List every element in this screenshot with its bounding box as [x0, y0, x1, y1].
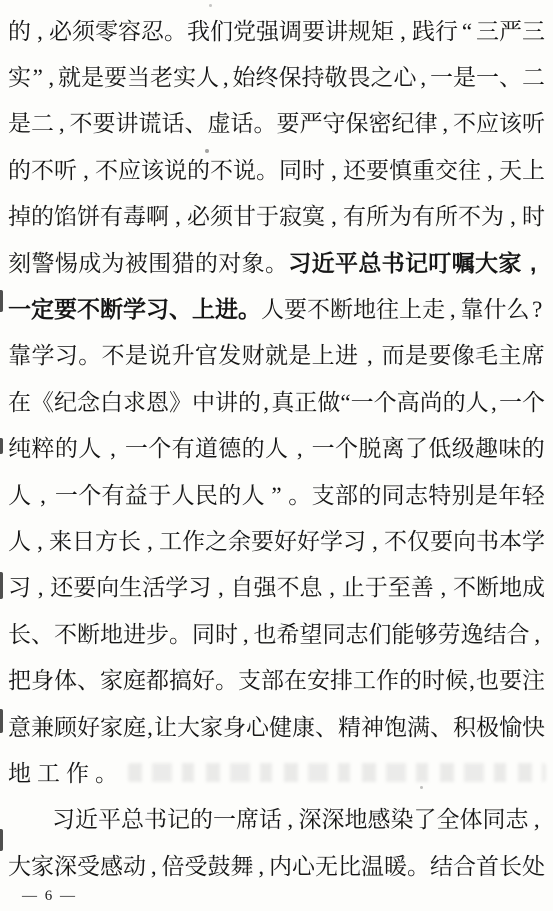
glyph: 家	[31, 855, 54, 878]
glyph: ,	[54, 112, 70, 135]
glyph: 民	[195, 484, 218, 507]
glyph: “	[340, 391, 350, 414]
text-line: 的不听,不应该说的不说。同时,还要慎重交往,天上	[8, 147, 545, 193]
glyph: 警	[31, 252, 54, 275]
glyph: 。	[407, 855, 430, 878]
glyph: 成	[522, 576, 545, 599]
glyph: 不	[101, 344, 124, 367]
glyph: 、	[499, 66, 522, 89]
glyph: 一	[430, 66, 453, 89]
glyph: ”	[31, 66, 45, 89]
glyph: 还	[343, 159, 366, 182]
glyph: 仅	[407, 530, 430, 553]
glyph: 余	[228, 530, 251, 553]
glyph: 个	[522, 391, 545, 414]
glyph: 不	[453, 576, 476, 599]
glyph: 断	[77, 623, 100, 646]
glyph: 合	[453, 855, 476, 878]
glyph: 密	[369, 112, 392, 135]
bold-glyph: 记	[405, 252, 428, 275]
glyph: 兼	[31, 716, 54, 739]
glyph: 注	[522, 669, 545, 692]
glyph: 寞	[302, 205, 325, 228]
glyph: 猎	[171, 252, 194, 275]
glyph: 不	[31, 159, 54, 182]
glyph: ,	[77, 159, 95, 182]
glyph: ,	[530, 623, 546, 646]
glyph: 了	[405, 437, 428, 460]
glyph: 人	[261, 298, 284, 321]
text-line: 实”,就是要当老实人,始终保持敬畏之心,一是一、二	[8, 54, 545, 100]
glyph: 的	[187, 159, 210, 182]
glyph: 应	[476, 112, 499, 135]
glyph: ,	[146, 716, 154, 739]
glyph: 地	[499, 576, 522, 599]
glyph: 实	[8, 66, 31, 89]
glyph: 总	[121, 808, 144, 831]
glyph: 进	[335, 344, 358, 367]
glyph: 心	[292, 855, 315, 878]
glyph: 强	[254, 576, 277, 599]
glyph: 作	[376, 669, 399, 692]
glyph: 。	[215, 669, 238, 692]
bold-glyph: 近	[311, 252, 334, 275]
glyph: 希	[277, 623, 300, 646]
glyph: 作	[182, 530, 205, 553]
glyph: 财	[241, 344, 264, 367]
bold-glyph: 习	[288, 252, 311, 275]
bold-glyph: 进	[215, 298, 238, 321]
glyph: 特	[428, 484, 451, 507]
scan-bleed-through-ghost	[128, 763, 546, 782]
text-line: 人,来日方长,工作之余要好好学习,不仅要向书本学	[8, 518, 545, 564]
bold-glyph: 要	[54, 298, 77, 321]
glyph: 重	[412, 159, 435, 182]
glyph: 在	[284, 669, 307, 692]
glyph: 个	[374, 391, 397, 414]
glyph: 要	[366, 159, 389, 182]
glyph: ,	[219, 66, 233, 89]
glyph: 同	[192, 623, 215, 646]
bold-glyph: 上	[192, 298, 215, 321]
glyph: 我	[187, 20, 210, 43]
glyph: 逸	[461, 623, 484, 646]
glyph: 讲	[116, 112, 139, 135]
glyph: 学	[165, 576, 188, 599]
glyph: 被	[125, 252, 148, 275]
glyph: 念	[77, 391, 100, 414]
glyph: ”	[265, 484, 288, 507]
glyph: 走	[422, 298, 445, 321]
glyph: 工	[159, 530, 182, 553]
glyph: 同	[382, 484, 405, 507]
glyph: 够	[415, 623, 438, 646]
glyph: 让	[154, 716, 177, 739]
glyph: 别	[452, 484, 475, 507]
glyph: 说	[148, 344, 171, 367]
glyph: ,	[261, 391, 271, 414]
glyph: 象	[241, 252, 264, 275]
glyph: 比	[338, 855, 361, 878]
glyph: ,	[481, 159, 499, 182]
glyph: 地	[345, 808, 368, 831]
glyph: 尚	[420, 391, 443, 414]
page-number: — 6 —	[22, 888, 77, 905]
glyph: 安	[307, 669, 330, 692]
glyph: 了	[414, 808, 437, 831]
text-line: 意兼顾好家庭,让大家身心健康、精神饱满、积极愉快	[8, 704, 545, 750]
glyph: 是	[8, 112, 31, 135]
scanned-page: 的,必须零容忍。我们党强调要讲规矩,践行“三严三实”,就是要当老实人,始终保持敬…	[0, 0, 553, 911]
glyph: 上	[399, 298, 422, 321]
glyph: 同	[323, 623, 346, 646]
glyph: ,	[141, 530, 159, 553]
glyph: 止	[342, 576, 365, 599]
text-line: 靠学习。不是说升官发财就是上进,而是要像毛主席	[8, 333, 545, 379]
glyph: 的	[55, 437, 78, 460]
glyph: 党	[233, 20, 256, 43]
glyph: 好	[297, 530, 320, 553]
glyph: 方	[95, 530, 118, 553]
glyph: 毛	[475, 344, 498, 367]
glyph: 一	[351, 391, 374, 414]
bold-glyph: 书	[382, 252, 405, 275]
glyph: 三	[476, 20, 499, 43]
glyph: 暖	[384, 855, 407, 878]
glyph: 个	[78, 484, 101, 507]
glyph: 老	[150, 66, 173, 89]
glyph: 支	[311, 484, 334, 507]
glyph: 二	[522, 66, 545, 89]
glyph: 严	[300, 112, 323, 135]
glyph: 发	[218, 344, 241, 367]
glyph: 、	[185, 112, 208, 135]
glyph: 一	[311, 437, 334, 460]
glyph: 染	[391, 808, 414, 831]
glyph: 内	[269, 855, 292, 878]
glyph: 学	[522, 530, 545, 553]
glyph: ,	[366, 530, 384, 553]
glyph: 人	[265, 437, 288, 460]
glyph: 首	[476, 855, 499, 878]
glyph: 讲	[215, 391, 238, 414]
text-line: 习,还要向生活学习,自强不息,止于至善,不断地成	[8, 565, 545, 611]
glyph: 工	[353, 669, 376, 692]
glyph: ,	[325, 205, 343, 228]
glyph: 的	[443, 391, 466, 414]
glyph: ,	[282, 808, 299, 831]
glyph: 就	[58, 66, 81, 89]
glyph: 寂	[279, 205, 302, 228]
glyph: 心	[394, 66, 417, 89]
glyph: 向	[96, 576, 119, 599]
glyph: 、	[430, 716, 453, 739]
glyph: 慎	[389, 159, 412, 182]
glyph: 像	[452, 344, 475, 367]
glyph: 往	[376, 298, 399, 321]
glyph: ,	[146, 855, 162, 878]
glyph: 真	[271, 391, 294, 414]
glyph: 。	[169, 623, 192, 646]
glyph: 本	[499, 530, 522, 553]
glyph: 于	[148, 484, 171, 507]
bold-glyph: 家	[498, 252, 521, 275]
glyph: 一	[499, 391, 522, 414]
glyph: 大	[177, 716, 200, 739]
glyph: 为	[481, 205, 504, 228]
glyph: 该	[499, 112, 522, 135]
text-line: 大家深受感动,倍受鼓舞,内心无比温暖。结合首长处	[8, 843, 545, 889]
glyph: 感	[368, 808, 391, 831]
bold-glyph: 。	[238, 298, 261, 321]
glyph: 望	[300, 623, 323, 646]
glyph: 学	[320, 530, 343, 553]
glyph: 个	[335, 437, 358, 460]
glyph: 要	[73, 576, 96, 599]
glyph: 庭	[123, 669, 146, 692]
glyph: 习	[8, 576, 31, 599]
text-line: 的,必须零容忍。我们党强调要讲规矩,践行“三严三	[8, 8, 545, 54]
glyph: 健	[269, 716, 292, 739]
glyph: 排	[330, 669, 353, 692]
glyph: “	[458, 20, 476, 43]
glyph: 必	[49, 20, 72, 43]
glyph: 、	[315, 716, 338, 739]
glyph: 要	[499, 669, 522, 692]
glyph: 要	[428, 344, 451, 367]
glyph: 把	[8, 669, 31, 692]
glyph: 有	[171, 437, 194, 460]
glyph: 围	[148, 252, 171, 275]
glyph: 一	[125, 437, 148, 460]
glyph: 。	[78, 344, 101, 367]
glyph: 话	[259, 808, 282, 831]
glyph: 深	[322, 808, 345, 831]
glyph: 向	[453, 530, 476, 553]
glyph: 高	[397, 391, 420, 414]
glyph: 席	[522, 344, 545, 367]
glyph: 体	[460, 808, 483, 831]
glyph: 。	[265, 252, 288, 275]
glyph: 益	[125, 484, 148, 507]
glyph: 时	[302, 159, 325, 182]
glyph: 的	[358, 484, 381, 507]
glyph: 说	[233, 159, 256, 182]
glyph: 守	[323, 112, 346, 135]
glyph: 必	[187, 205, 210, 228]
glyph: 啊	[146, 205, 169, 228]
glyph: 习	[52, 808, 75, 831]
glyph: 地	[100, 623, 123, 646]
glyph: 活	[142, 576, 165, 599]
glyph: 来	[49, 530, 72, 553]
glyph: ,	[529, 808, 546, 831]
glyph: 要	[277, 112, 300, 135]
glyph: 容	[118, 20, 141, 43]
glyph: 书	[476, 530, 499, 553]
glyph: ,	[417, 66, 431, 89]
glyph: 息	[300, 576, 323, 599]
scan-speck	[205, 149, 209, 153]
glyph: 志	[405, 484, 428, 507]
bold-glyph: 、	[169, 298, 192, 321]
glyph: 结	[484, 623, 507, 646]
glyph: 的	[195, 252, 218, 275]
glyph: 有	[412, 205, 435, 228]
glyph: 脱	[358, 437, 381, 460]
glyph: 保	[346, 112, 369, 135]
glyph: 刻	[8, 252, 31, 275]
glyph: 话	[162, 112, 185, 135]
glyph: 靠	[461, 298, 484, 321]
glyph: ,	[434, 576, 453, 599]
glyph: 德	[218, 437, 241, 460]
bold-glyph: 一	[8, 298, 31, 321]
bold-glyph: 定	[31, 298, 54, 321]
scan-edge-artifact	[0, 290, 3, 312]
glyph: 粹	[31, 437, 54, 460]
glyph: 日	[72, 530, 95, 553]
glyph: 受	[185, 855, 208, 878]
glyph: 步	[146, 623, 169, 646]
glyph: 往	[458, 159, 481, 182]
glyph: 也	[254, 623, 277, 646]
glyph: 心	[246, 716, 269, 739]
glyph: 记	[167, 808, 190, 831]
glyph: 交	[435, 159, 458, 182]
glyph: 康	[292, 716, 315, 739]
glyph: 实	[173, 66, 196, 89]
bold-glyph: 学	[123, 298, 146, 321]
bold-glyph: 嘱	[452, 252, 475, 275]
glyph: 所	[435, 205, 458, 228]
glyph: 好	[77, 716, 100, 739]
glyph: 不	[384, 530, 407, 553]
glyph: 一	[213, 808, 236, 831]
glyph: 就	[265, 344, 288, 367]
glyph: 生	[119, 576, 142, 599]
glyph: 保	[279, 66, 302, 89]
glyph: 一	[55, 484, 78, 507]
glyph: 都	[146, 669, 169, 692]
glyph: ,	[288, 437, 311, 460]
glyph: 体	[54, 669, 77, 692]
glyph: 成	[78, 252, 101, 275]
glyph: 、	[31, 623, 54, 646]
glyph: 善	[411, 576, 434, 599]
glyph: 不	[458, 205, 481, 228]
text-line: 是二,不要讲谎话、虚话。要严守保密纪律,不应该听	[8, 101, 545, 147]
glyph: 么	[507, 298, 530, 321]
glyph: 的	[522, 437, 545, 460]
glyph: 行	[435, 20, 458, 43]
glyph: 鼓	[208, 855, 231, 878]
glyph: 在	[8, 391, 31, 414]
glyph: ,	[31, 484, 54, 507]
glyph: 感	[100, 855, 123, 878]
glyph: 舞	[231, 855, 254, 878]
glyph: 畏	[348, 66, 371, 89]
glyph: 有	[100, 205, 123, 228]
glyph: 忍	[141, 20, 164, 43]
bold-glyph: 大	[475, 252, 498, 275]
text-line: 在《纪念白求恩》中讲的,真正做“一个高尚的人,一个	[8, 379, 545, 425]
glyph: ,	[468, 669, 476, 692]
glyph: 饼	[77, 205, 100, 228]
glyph: 时	[522, 205, 545, 228]
glyph: 要	[93, 112, 116, 135]
glyph: 身	[31, 669, 54, 692]
glyph: 习	[55, 344, 78, 367]
glyph: 还	[50, 576, 73, 599]
glyph: 谎	[139, 112, 162, 135]
glyph: 庭	[123, 716, 146, 739]
glyph: 的	[218, 484, 241, 507]
glyph: 做	[317, 391, 340, 414]
glyph: 靠	[8, 344, 31, 367]
glyph: 为	[101, 252, 124, 275]
glyph: 当	[127, 66, 150, 89]
glyph: 、	[77, 669, 100, 692]
glyph: 为	[389, 205, 412, 228]
glyph: 习	[343, 530, 366, 553]
glyph: 要	[302, 20, 325, 43]
glyph: ,	[31, 530, 49, 553]
text-line: 长、不断地进步。同时,也希望同志们能够劳逸结合,	[8, 611, 545, 657]
glyph: 。	[288, 484, 311, 507]
glyph: 毒	[123, 205, 146, 228]
glyph: 平	[98, 808, 121, 831]
glyph: 白	[100, 391, 123, 414]
glyph: 调	[279, 20, 302, 43]
glyph: 精	[338, 716, 361, 739]
glyph: 不	[70, 112, 93, 135]
glyph: 上	[311, 344, 334, 367]
text-line: 人,一个有益于人民的人”。支部的同志特别是年轻	[8, 472, 545, 518]
text-line: 刻警惕成为被围猎的对象。习近平总书记叮嘱大家,	[8, 240, 545, 286]
glyph: 低	[428, 437, 451, 460]
glyph: 家	[100, 716, 123, 739]
glyph: 《	[31, 391, 54, 414]
glyph: 听	[54, 159, 77, 182]
glyph: 温	[361, 855, 384, 878]
glyph: 对	[218, 252, 241, 275]
scan-edge-artifact	[0, 572, 3, 599]
glyph: 有	[343, 205, 366, 228]
glyph: 书	[144, 808, 167, 831]
glyph: 劳	[438, 623, 461, 646]
glyph: 强	[256, 20, 279, 43]
glyph: 候	[445, 669, 468, 692]
bold-glyph: 叮	[428, 252, 451, 275]
glyph: 满	[407, 716, 430, 739]
glyph: ,	[238, 623, 254, 646]
glyph: 馅	[54, 205, 77, 228]
glyph: 处	[522, 855, 545, 878]
bold-glyph: 不	[77, 298, 100, 321]
glyph: 所	[366, 205, 389, 228]
glyph: 三	[522, 20, 545, 43]
glyph: ,	[504, 205, 522, 228]
glyph: 说	[164, 159, 187, 182]
glyph: 之	[205, 530, 228, 553]
glyph: 神	[361, 716, 384, 739]
glyph: 应	[118, 159, 141, 182]
glyph: 积	[453, 716, 476, 739]
glyph: 动	[123, 855, 146, 878]
glyph: 纪	[392, 112, 415, 135]
glyph: ,	[31, 20, 49, 43]
